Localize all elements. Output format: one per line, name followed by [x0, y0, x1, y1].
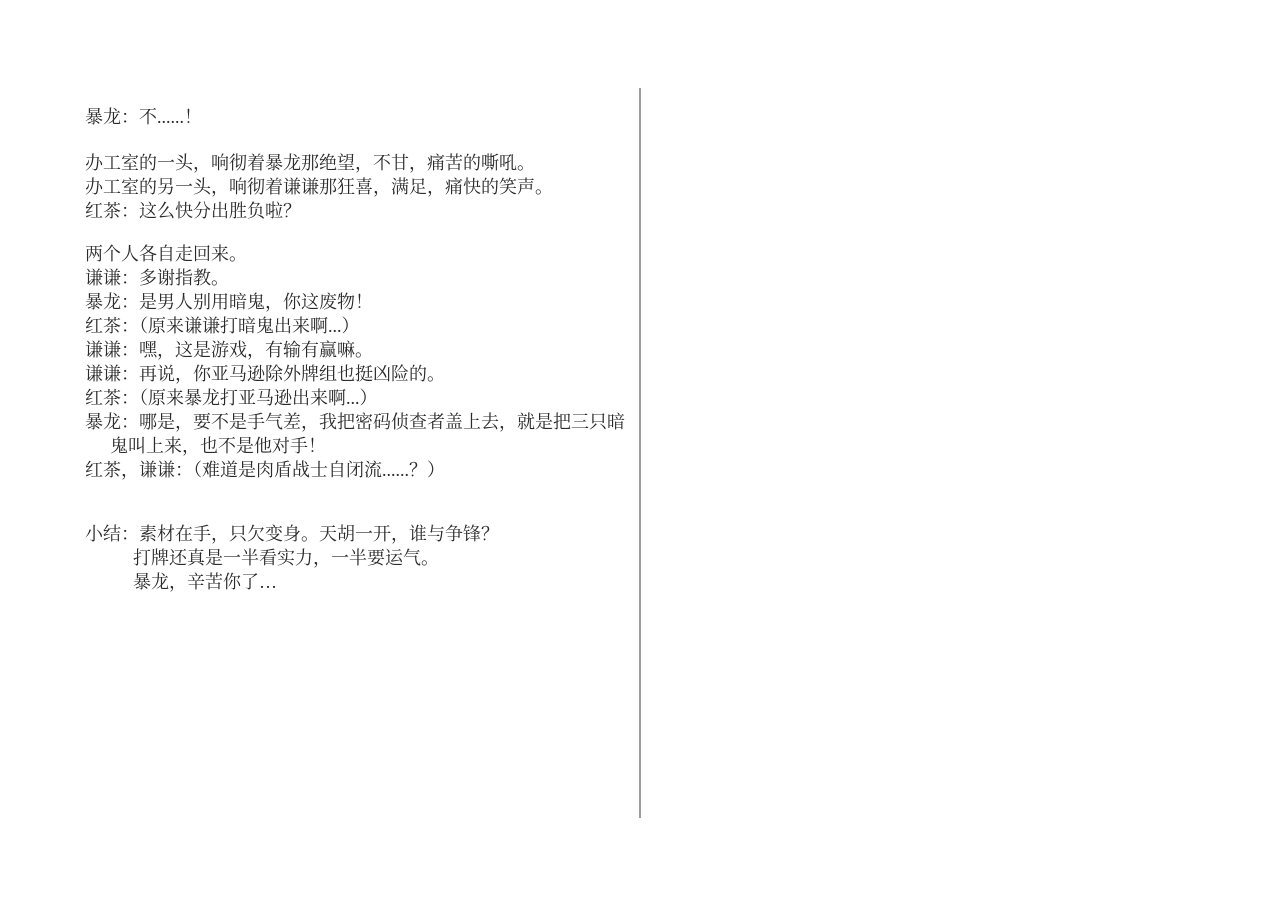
text-line: 办工室的另一头，响彻着谦谦那狂喜，满足，痛快的笑声。 — [85, 175, 665, 199]
text-line: 红茶：这么快分出胜负啦？ — [85, 199, 665, 223]
text-line: 红茶：（原来暴龙打亚马逊出来啊...） — [85, 386, 665, 410]
script-text-block: 暴龙：不......！办工室的一头，响彻着暴龙那绝望，不甘，痛苦的嘶吼。办工室的… — [85, 105, 665, 594]
text-line: 红茶，谦谦：（难道是肉盾战士自闭流......？） — [85, 458, 665, 482]
text-line: 红茶：（原来谦谦打暗鬼出来啊...） — [85, 314, 665, 338]
text-line: 两个人各自走回来。 — [85, 242, 665, 266]
text-line: 打牌还真是一半看实力，一半要运气。 — [85, 546, 665, 570]
vertical-divider — [639, 88, 641, 818]
text-line: 谦谦：嘿，这是游戏，有输有赢嘛。 — [85, 338, 665, 362]
text-line: 谦谦：再说，你亚马逊除外牌组也挺凶险的。 — [85, 362, 665, 386]
text-line: 谦谦：多谢指教。 — [85, 266, 665, 290]
text-line: 暴龙：不......！ — [85, 105, 665, 129]
text-line: 鬼叫上来，也不是他对手！ — [85, 434, 665, 458]
document-page: 暴龙：不......！办工室的一头，响彻着暴龙那绝望，不甘，痛苦的嘶吼。办工室的… — [0, 0, 1280, 905]
text-line: 暴龙：是男人别用暗鬼，你这废物！ — [85, 290, 665, 314]
text-line: 暴龙，辛苦你了… — [85, 570, 665, 594]
text-line: 小结：素材在手，只欠变身。天胡一开，谁与争锋？ — [85, 522, 665, 546]
text-line: 暴龙：哪是，要不是手气差，我把密码侦查者盖上去，就是把三只暗 — [85, 410, 665, 434]
text-line: 办工室的一头，响彻着暴龙那绝望，不甘，痛苦的嘶吼。 — [85, 151, 665, 175]
